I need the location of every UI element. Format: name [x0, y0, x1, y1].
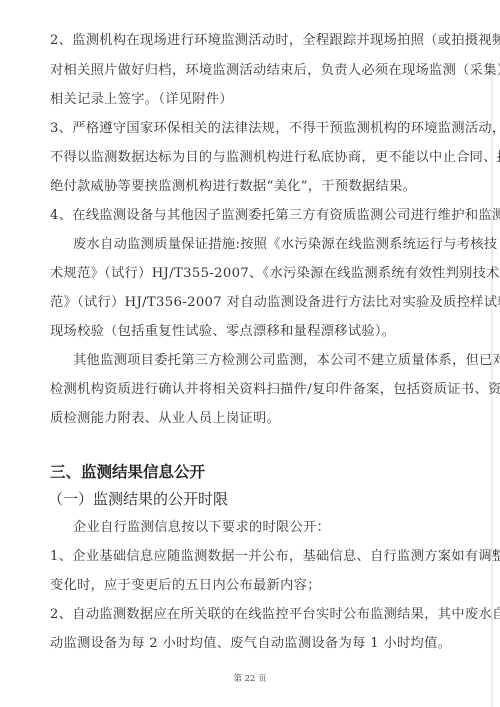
- paragraph-line: 3、严格遵守国家环保相关的法律法规，不得干预监测机构的环境监测活动，: [50, 120, 450, 138]
- paragraph-line: 动监测设备为每 2 小时均值、废气自动监测设备为每 1 小时均值。: [50, 635, 450, 653]
- paragraph-line: 质检测能力附表、从业人员上岗证明。: [50, 410, 450, 428]
- paragraph-line: 不得以监测数据达标为目的与监测机构进行私底协商，更不能以中止合同、拒: [50, 149, 450, 167]
- paragraph-line: 2、监测机构在现场进行环境监测活动时，全程跟踪并现场拍照（或拍摄视频），: [50, 32, 450, 50]
- paragraph-line: 范》（试行）HJ/T356-2007 对自动监测设备进行方法比对实验及质控样试验…: [50, 294, 450, 312]
- paragraph-line: 其他监测项目委托第三方检测公司监测，本公司不建立质量体系，但已对: [73, 352, 473, 370]
- paragraph-line: 变化时，应于变更后的五日内公布最新内容；: [50, 577, 450, 595]
- paragraph-line: 相关记录上签字。（详见附件）: [50, 91, 450, 109]
- paragraph-line: 2、自动监测数据应在所关联的在线监控平台实时公布监测结果，其中废水自: [50, 606, 450, 624]
- paragraph-line: 术规范》（试行）HJ/T355-2007、《水污染源在线监测系统有效性判别技术规: [50, 265, 450, 283]
- paragraph-line: 企业自行监测信息按以下要求的时限公开：: [73, 519, 473, 537]
- paragraph-line: 绝付款威胁等要挟监测机构进行数据“美化”，干预数据结果。: [50, 178, 450, 196]
- page-number: 第 22 页: [0, 672, 500, 684]
- subsection-heading: （一）监测结果的公开时限: [48, 489, 228, 509]
- paragraph-line: 废水自动监测质量保证措施:按照《水污染源在线监测系统运行与考核技: [73, 236, 473, 254]
- section-heading: 三、监测结果信息公开: [50, 462, 205, 482]
- paragraph-line: 4、在线监测设备与其他因子监测委托第三方有资质监测公司进行维护和监测。: [50, 207, 450, 225]
- paragraph-line: 对相关照片做好归档，环境监测活动结束后，负责人必须在现场监测（采集）: [50, 62, 450, 80]
- paragraph-line: 现场校验（包括重复性试验、零点漂移和量程漂移试验）。: [50, 323, 450, 341]
- paragraph-line: 检测机构资质进行确认并将相关资料扫描件/复印件备案，包括资质证书、资: [50, 381, 450, 399]
- paragraph-line: 1、企业基础信息应随监测数据一并公布，基础信息、自行监测方案如有调整: [50, 548, 450, 566]
